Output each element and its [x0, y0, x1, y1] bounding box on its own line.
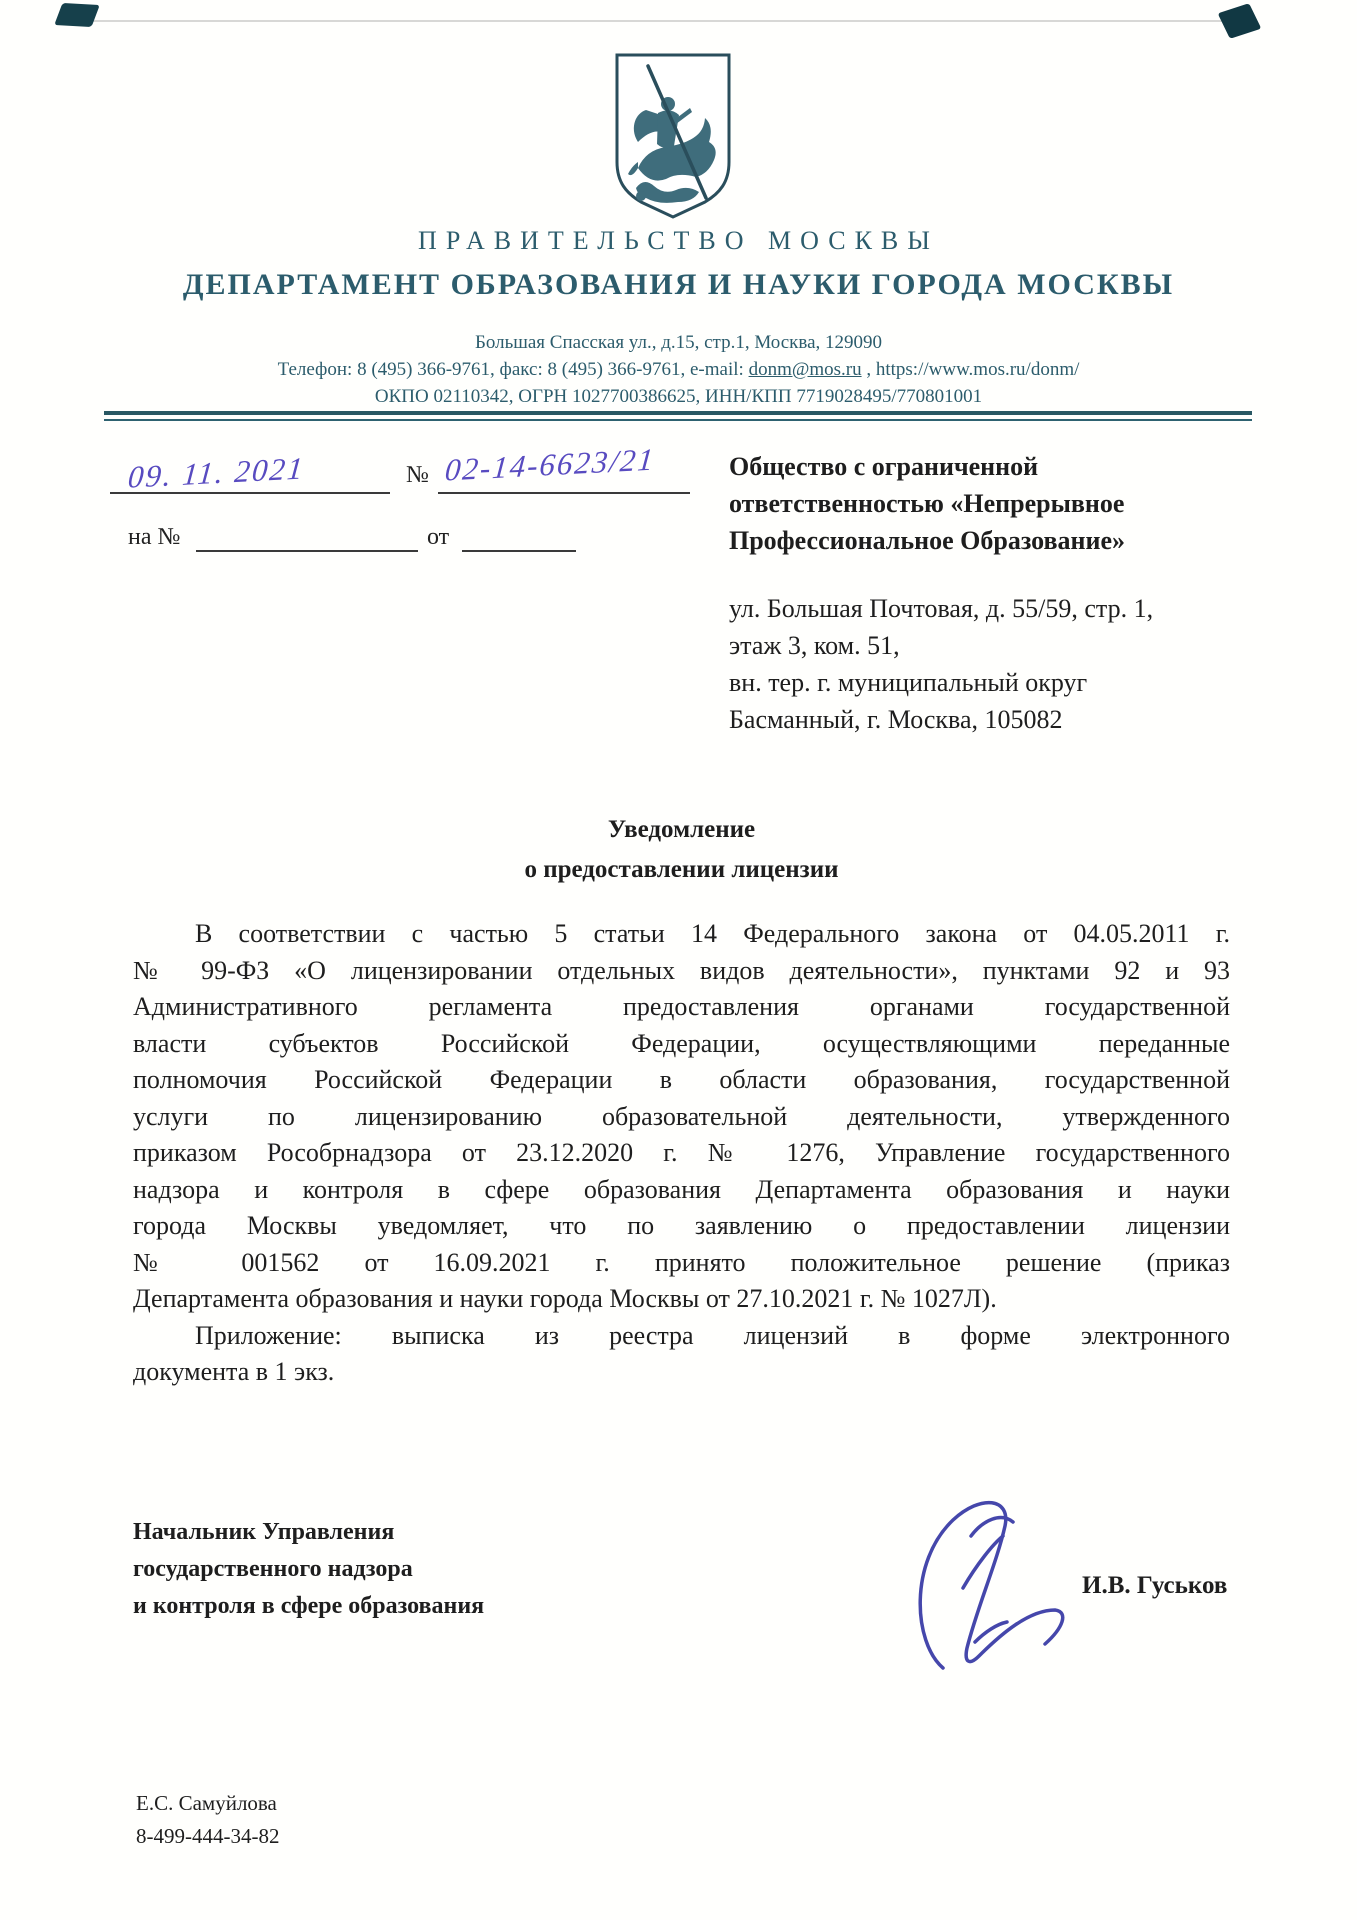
recipient-name: Общество с ограниченной ответственностью… [729, 448, 1209, 559]
recipient-name-line: ответственностью «Непрерывное [729, 485, 1209, 522]
scan-edge-line [84, 20, 1244, 22]
reply-date-underline [462, 550, 576, 552]
body-line: власти субъектов Российской Федерации, о… [133, 1026, 1230, 1063]
recipient-address-line: ул. Большая Почтовая, д. 55/59, стр. 1, [729, 590, 1209, 627]
contacts-prefix: Телефон: 8 (495) 366-9761, факс: 8 (495)… [278, 359, 749, 380]
reply-number-underline [196, 550, 418, 552]
recipient-address: ул. Большая Почтовая, д. 55/59, стр. 1, … [729, 590, 1209, 738]
scan-artifact-top-left [54, 3, 100, 27]
body-line: В соответствии с частью 5 статьи 14 Феде… [133, 916, 1230, 953]
department-title: ДЕПАРТАМЕНТ ОБРАЗОВАНИЯ И НАУКИ ГОРОДА М… [0, 268, 1357, 302]
document-title-line1: Уведомление [133, 810, 1230, 850]
reply-to-label: на № [128, 524, 180, 551]
body-line: документа в 1 экз. [133, 1354, 1230, 1391]
department-address: Большая Спасская ул., д.15, стр.1, Москв… [0, 332, 1357, 354]
recipient-name-line: Профессиональное Образование» [729, 522, 1209, 559]
reply-from-label: от [427, 524, 449, 551]
executor-phone: 8-499-444-34-82 [136, 1824, 279, 1849]
body-line: надзора и контроля в сфере образования Д… [133, 1172, 1230, 1209]
body-line: № 99-ФЗ «О лицензировании отдельных видо… [133, 953, 1230, 990]
document-title-line2: о предоставлении лицензии [133, 850, 1230, 890]
body-line: полномочия Российской Федерации в област… [133, 1062, 1230, 1099]
number-label: № [406, 462, 429, 489]
government-title: ПРАВИТЕЛЬСТВО МОСКВЫ [0, 226, 1357, 256]
scan-artifact-top-right [1218, 3, 1262, 39]
signer-position-line: Начальник Управления [133, 1514, 484, 1551]
body-line: № 001562 от 16.09.2021 г. принято положи… [133, 1245, 1230, 1282]
document-title: Уведомление о предоставлении лицензии [133, 810, 1230, 890]
body-line: города Москвы уведомляет, что по заявлен… [133, 1208, 1230, 1245]
signer-position-line: государственного надзора [133, 1551, 484, 1588]
number-underline [438, 492, 690, 494]
header-divider-thin [104, 419, 1252, 421]
handwritten-number: 02-14-6623/21 [444, 441, 657, 488]
recipient-address-line: вн. тер. г. муниципальный округ [729, 664, 1209, 701]
date-underline [110, 492, 390, 494]
executor-name: Е.С. Самуйлова [136, 1791, 277, 1816]
scanned-letter-page: ПРАВИТЕЛЬСТВО МОСКВЫ ДЕПАРТАМЕНТ ОБРАЗОВ… [0, 0, 1357, 1920]
signer-position-line: и контроля в сфере образования [133, 1588, 484, 1625]
recipient-address-line: Басманный, г. Москва, 105082 [729, 701, 1209, 738]
email-text: donm@mos.ru [749, 359, 862, 380]
recipient-name-line: Общество с ограниченной [729, 448, 1209, 485]
signer-position: Начальник Управления государственного на… [133, 1514, 484, 1625]
body-text: В соответствии с частью 5 статьи 14 Феде… [133, 916, 1230, 1391]
header-divider-thick [104, 411, 1252, 415]
contacts-suffix: , https://www.mos.ru/donm/ [862, 359, 1080, 380]
department-contacts: Телефон: 8 (495) 366-9761, факс: 8 (495)… [0, 359, 1357, 381]
body-line: приказом Рособрнадзора от 23.12.2020 г. … [133, 1135, 1230, 1172]
handwritten-signature-icon [905, 1492, 1075, 1687]
body-line: Приложение: выписка из реестра лицензий … [133, 1318, 1230, 1355]
moscow-coat-of-arms-icon [608, 50, 738, 227]
handwritten-date: 09. 11. 2021 [127, 450, 307, 495]
signer-name: И.В. Гуськов [1082, 1572, 1227, 1600]
department-registration: ОКПО 02110342, ОГРН 1027700386625, ИНН/К… [0, 386, 1357, 408]
recipient-address-line: этаж 3, ком. 51, [729, 627, 1209, 664]
body-line: услуги по лицензированию образовательной… [133, 1099, 1230, 1136]
body-line: Департамента образования и науки города … [133, 1281, 1230, 1318]
body-line: Административного регламента предоставле… [133, 989, 1230, 1026]
recipient-block: Общество с ограниченной ответственностью… [729, 448, 1209, 738]
